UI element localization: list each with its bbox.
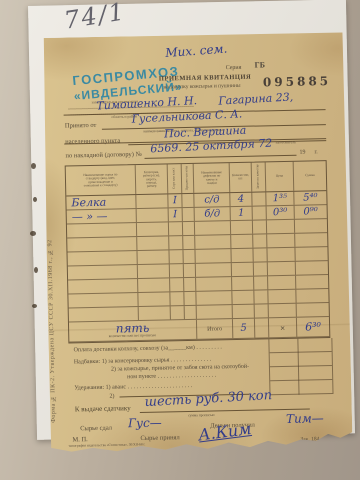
form-number: 095885: [263, 74, 331, 89]
year-suffix: 19 г.: [299, 149, 317, 156]
col-header-quantity: Количество, шт.: [230, 163, 253, 192]
surcharge-line2b: ном пункте . . . . . . . . . . . . . . .…: [127, 372, 216, 380]
total-sum: 6³⁰: [297, 317, 329, 337]
table-cell: [253, 206, 267, 219]
payout-caption: сумма прописью: [188, 413, 215, 417]
table-cell: [183, 208, 195, 221]
money-received-signature: Тим—: [286, 412, 324, 425]
paper-speck: [34, 267, 38, 273]
total-label: Итого: [197, 319, 233, 339]
accepted-by-label: Сырье принял: [140, 434, 180, 442]
item-name: — » —: [67, 209, 137, 223]
receipt-form: Форма № ПК-2. Утверждена ЦСУ СССР 30.XII…: [42, 32, 353, 453]
paper-speck: [31, 163, 36, 169]
item-qty: 1: [231, 207, 253, 220]
paper-speck: [30, 231, 36, 236]
seal-place-label: М. П.: [72, 436, 88, 443]
item-sort: I: [169, 208, 183, 221]
handed-over-label: Сырье сдал: [80, 425, 112, 433]
col-header-defects: Наименование дефектов по зачету и скидки: [194, 163, 231, 193]
col-header-price: Цена: [266, 162, 295, 192]
item-name: Белка: [66, 195, 136, 209]
qty-words-caption: количество или вес прописью: [109, 334, 156, 339]
handwritten-note: Мих. сем.: [165, 43, 228, 60]
print-info: типография издательства «Статистика», 30…: [69, 443, 146, 448]
item-price: 1³⁵: [266, 192, 294, 206]
paper-speck: [32, 304, 37, 308]
col-header-category: Категория, размер (см), шерсть, порода, …: [136, 164, 169, 194]
photo-scene: 74/1 Форма № ПК-2. Утверждена ЦСУ СССР 3…: [0, 0, 360, 480]
col-header-percent: Процент чистоты: [182, 164, 195, 193]
deduction-line2: 2): [109, 394, 114, 400]
table-cell: [255, 318, 269, 337]
accepted-by-signature: А.Ким: [198, 421, 253, 444]
amount-box: [270, 366, 332, 381]
col-header-name: Наименование сырья по стандарту (вид, цв…: [66, 165, 137, 195]
table-cell: [252, 192, 266, 205]
footer-amount-boxes: [268, 338, 333, 395]
surcharge-line2: 2) за кожсырье, принятое от забоя скота …: [111, 364, 249, 373]
table-cell: [182, 194, 194, 207]
total-qty: 5: [233, 319, 255, 338]
qty-words-value: пять: [116, 322, 150, 335]
col-header-sort: Сорт или класс: [168, 164, 183, 193]
handed-over-signature: Гус—: [128, 417, 162, 430]
accepted-from-label: Принято от: [65, 122, 97, 130]
qty-in-words: пять количество или вес прописью: [69, 320, 197, 342]
payout-label: К выдаче сдатчику: [75, 405, 131, 414]
col-header-sum: Сумма: [294, 161, 327, 191]
paper-speck: [33, 197, 37, 202]
item-sort: I: [168, 194, 182, 207]
table-cell: [137, 208, 169, 222]
item-sum: 0⁹⁰: [295, 205, 327, 219]
item-defect: с/д: [194, 193, 230, 207]
series-value: ГБ: [255, 60, 266, 69]
item-sum: 5⁴⁰: [294, 191, 326, 205]
amount-box: [269, 338, 331, 353]
item-qty: 4: [230, 193, 252, 206]
multiply-sign: ×: [269, 318, 297, 338]
items-table: Наименование сырья по стандарту (вид, цв…: [65, 160, 331, 343]
table-cell: [136, 194, 168, 208]
series-label: Серия: [226, 65, 242, 72]
amount-box: [270, 352, 332, 367]
delivery-payment-line: Оплата доставки колхозу, совхозу (за____…: [73, 344, 221, 353]
col-header-credit: Зачет по качеству: [252, 162, 267, 191]
settlement-label: населенного пункта: [65, 137, 120, 145]
form-subtitle: на закупку кожсырья и пушнины: [159, 83, 245, 91]
invoice-label: по накладной (договору) №: [65, 151, 141, 160]
item-price: 0³⁰: [267, 206, 295, 220]
form-title: ПРИЕМНАЯ КВИТАНЦИЯ: [159, 74, 251, 83]
item-defect: б/д: [195, 207, 231, 221]
